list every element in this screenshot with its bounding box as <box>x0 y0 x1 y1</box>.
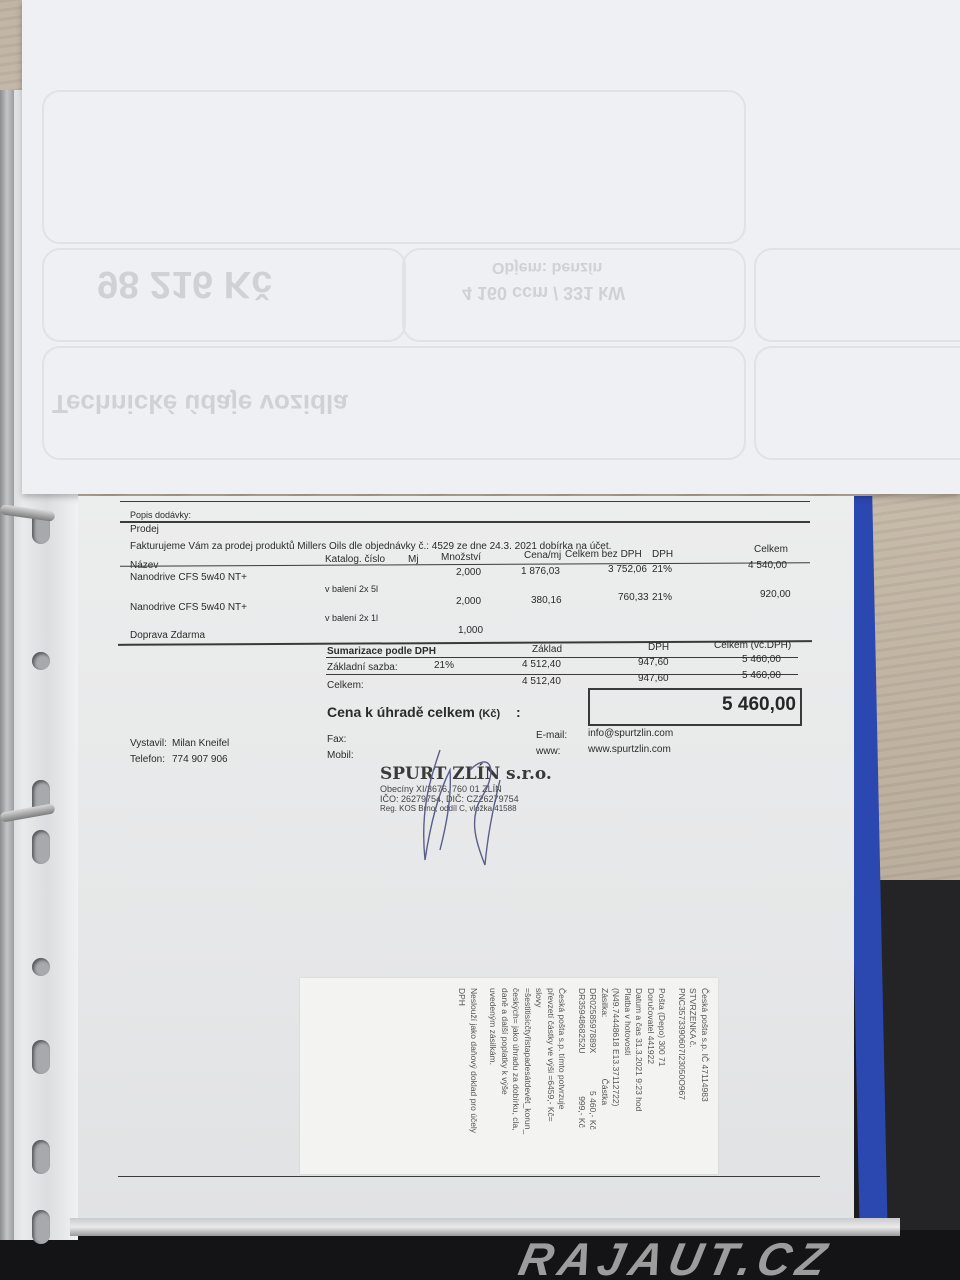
item-quantity: 2,000 <box>456 596 481 607</box>
fax-label: Fax: <box>327 734 346 745</box>
vat-row-total: 5 460,00 <box>742 670 781 681</box>
amount-due-currency: (Kč) <box>479 708 500 720</box>
vat-row-rate: 21% <box>434 660 454 671</box>
vat-col-vat: DPH <box>648 642 669 653</box>
punch-hole <box>32 1040 50 1074</box>
item-note: v balení 2x 5l <box>325 584 378 594</box>
postal-receipt: Česká pošta s.p. IČ 47114983STVRZENKA č.… <box>300 978 718 1174</box>
item-vat: 21% <box>652 564 672 575</box>
www-label: www: <box>536 746 560 757</box>
col-vat: DPH <box>652 549 673 560</box>
receipt-line: slovy <box>533 988 545 1164</box>
divider <box>326 674 798 675</box>
punch-hole <box>32 1210 50 1244</box>
www-value[interactable]: www.spurtzlin.com <box>588 744 671 755</box>
vat-row-base: 4 512,40 <box>522 659 561 670</box>
supply-description-label: Popis dodávky: <box>130 510 191 520</box>
item-quantity: 2,000 <box>456 567 481 578</box>
col-unit-price: Cena/mj <box>524 550 561 561</box>
punch-hole <box>32 830 50 864</box>
receipt-line: DR3594868252U 999,- Kč <box>576 988 588 1164</box>
email-value[interactable]: info@spurtzlin.com <box>588 728 673 739</box>
mobile-label: Mobil: <box>327 750 354 761</box>
vat-row-label: Celkem: <box>327 680 364 691</box>
receipt-line: Česká pošta s.p. IČ 47114983 <box>699 988 711 1164</box>
issued-by-label: Vystavil: <box>130 738 167 749</box>
divider <box>120 501 810 502</box>
col-quantity: Množství <box>441 552 481 563</box>
item-note: v balení 2x 1l <box>325 613 378 623</box>
binder-edge <box>0 90 14 1240</box>
vat-col-base: Základ <box>532 644 562 655</box>
vat-row-label: Základní sazba: <box>327 662 398 673</box>
signature <box>410 740 530 870</box>
item-name: Nanodrive CFS 5w40 NT+ <box>130 572 247 583</box>
vat-row-vat: 947,60 <box>638 673 669 684</box>
col-catalog: Katalog. číslo <box>325 554 385 565</box>
receipt-line: DR0258597889X 5 460,- Kč <box>587 988 599 1164</box>
amount-due-value: 5 460,00 <box>722 694 796 716</box>
receipt-line: =šestitisícčtyřistapadesátdevět_korun_ <box>522 988 534 1164</box>
vat-row-total: 5 460,00 <box>742 654 781 665</box>
item-unit-price: 1 876,03 <box>521 566 560 577</box>
ghost-engine-line1: Objem: benzín <box>492 258 602 276</box>
receipt-gap <box>479 988 487 1164</box>
amount-due-label: Cena k úhradě celkem (Kč) : <box>327 704 521 720</box>
receipt-line: (N49.74448618 E13.37112722) <box>610 988 622 1164</box>
item-quantity: 1,000 <box>458 625 483 636</box>
top-sheet-backside: 98 216 Kč Objem: benzín 4 160 ccm / 331 … <box>22 0 960 494</box>
phone-label: Telefon: <box>130 754 165 765</box>
receipt-line: Česká pošta s.p. tímto potvrzuje <box>556 988 568 1164</box>
vat-row-base: 4 512,40 <box>522 676 561 687</box>
punch-hole <box>32 958 50 976</box>
ghost-box <box>754 346 960 460</box>
footer-divider <box>118 1176 820 1177</box>
receipt-gap <box>668 988 676 1164</box>
divider <box>120 521 810 523</box>
punch-hole <box>32 1140 50 1174</box>
receipt-line: Doručovatel 441922 <box>645 988 657 1164</box>
receipt-line: Neslouží jako daňový doklad pro účely <box>468 988 480 1164</box>
divider <box>326 657 798 658</box>
item-vat: 21% <box>652 592 672 603</box>
ghost-box <box>754 248 960 342</box>
receipt-line: uvedeným zásilkám. <box>487 988 499 1164</box>
receipt-line: Platba v hotovosti <box>622 988 634 1164</box>
item-total: 4 540,00 <box>748 560 787 571</box>
amount-due-colon: : <box>516 704 521 720</box>
ghost-engine-line2: 4 160 ccm / 331 kW <box>462 282 625 303</box>
issued-by-value: Milan Kneifel <box>172 738 229 749</box>
vat-summary-title: Sumarizace podle DPH <box>327 646 436 657</box>
ghost-price: 98 216 Kč <box>97 262 272 305</box>
receipt-line: daně a další poplatky k výše <box>499 988 511 1164</box>
col-total-ex-vat: Celkem bez DPH <box>565 549 642 560</box>
item-total-ex-vat: 3 752,06 <box>608 564 647 575</box>
ghost-headline: Technické údaje vozidla <box>52 388 348 419</box>
receipt-line: DPH <box>456 988 468 1164</box>
punch-hole <box>32 652 50 670</box>
receipt-line: Zásilka: Částka <box>599 988 611 1164</box>
receipt-line: STVRZENKA č. <box>687 988 699 1164</box>
receipt-line: českých= jako úhradu za dobírku, cla, <box>510 988 522 1164</box>
item-name: Nanodrive CFS 5w40 NT+ <box>130 602 247 613</box>
ghost-box <box>42 90 746 244</box>
item-name: Doprava Zdarma <box>130 630 205 641</box>
receipt-gap <box>568 988 576 1164</box>
vat-row-vat: 947,60 <box>638 657 669 668</box>
supply-description-value: Prodej <box>130 524 159 535</box>
email-label: E-mail: <box>536 730 567 741</box>
item-total-ex-vat: 760,33 <box>618 592 649 603</box>
phone-value: 774 907 906 <box>172 754 228 765</box>
watermark-logo: RAJAUT.CZ <box>514 1232 837 1280</box>
receipt-line: Pošta (Depo) 300 71 <box>656 988 668 1164</box>
divider <box>118 640 812 646</box>
receipt-text: Česká pošta s.p. IČ 47114983STVRZENKA č.… <box>300 978 718 1174</box>
col-total: Celkem <box>754 544 788 555</box>
item-total: 920,00 <box>760 589 791 600</box>
receipt-line: PNC3573390607I23050O967 <box>676 988 688 1164</box>
receipt-line: převzetí částky ve výši =6459,- Kč= <box>545 988 557 1164</box>
amount-due-box: 5 460,00 <box>588 688 802 726</box>
vat-col-total: Celkem (vč.DPH) <box>714 640 791 651</box>
item-unit-price: 380,16 <box>531 595 562 606</box>
amount-due-text: Cena k úhradě celkem <box>327 704 475 720</box>
receipt-line: Datum a čas 31.3.2021 9:23 hod <box>633 988 645 1164</box>
